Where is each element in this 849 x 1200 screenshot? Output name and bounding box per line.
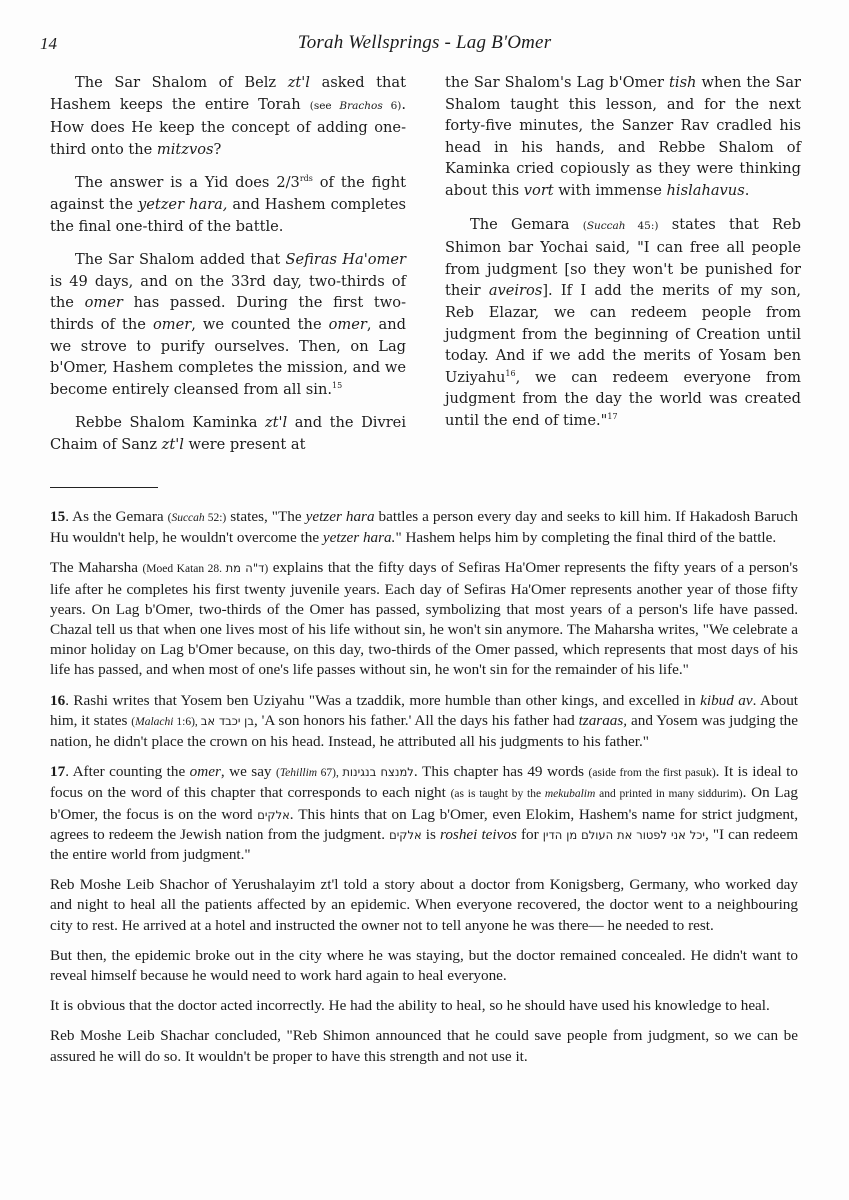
running-title: Torah Wellsprings - Lag B'Omer	[40, 32, 809, 54]
source-citation: (Malachi 1:6),	[131, 716, 201, 728]
footnote-16: 16. Rashi writes that Yosem ben Uziyahu …	[50, 691, 798, 753]
text: The answer is a Yid does 2/3	[75, 174, 300, 191]
term-hislahavus: hislahavus	[667, 182, 745, 199]
term-omer: omer	[85, 294, 123, 311]
footnote-ref-17[interactable]: 17	[607, 412, 617, 421]
running-header: 14 Torah Wellsprings - Lag B'Omer	[40, 30, 809, 60]
footnote-17: 17. After counting the omer, we say (Teh…	[50, 762, 798, 865]
source-citation: (Moed Katan 28. ד"ה מת)	[142, 563, 268, 575]
paragraph-tish-continued: the Sar Shalom's Lag b'Omer tish when th…	[445, 72, 801, 202]
hebrew-text: למנצח בנגינות	[342, 765, 413, 779]
term-ztl: zt'l	[288, 74, 310, 91]
footnote-number: 17	[50, 763, 65, 780]
term-vort: vort	[524, 182, 554, 199]
source-citation: (Succah 52:)	[168, 512, 227, 524]
superscript: rds	[300, 174, 313, 183]
term-yetzer-hara: yetzer hara	[306, 508, 375, 525]
aside-note: (as is taught by the mekubalim and print…	[451, 788, 743, 800]
term-yetzer-hara: yetzer hara.	[323, 529, 396, 546]
source-citation: (Succah 45:)	[583, 220, 659, 232]
hebrew-text: יכל אני לפטור את העולם מן הדין	[543, 828, 705, 842]
paragraph-answer: The answer is a Yid does 2/3rds of the f…	[50, 172, 406, 237]
story-paragraph: Reb Moshe Leib Shachar concluded, "Reb S…	[50, 1026, 798, 1066]
hebrew-text: אלקים	[257, 808, 290, 822]
footnote-separator	[50, 487, 158, 488]
paragraph-sar-shalom-question: The Sar Shalom of Belz zt'l asked that H…	[50, 72, 406, 160]
aside-note: (aside from the first pasuk)	[589, 767, 716, 779]
term-roshei-teivos: roshei teivos	[440, 826, 517, 843]
term-tzaraas: tzaraas,	[579, 712, 628, 729]
term-sefiras-haomer: Sefiras Ha'omer	[285, 251, 406, 268]
story-paragraph: But then, the epidemic broke out in the …	[50, 946, 798, 986]
text: ?	[214, 141, 222, 158]
term-ztl: zt'l	[265, 414, 287, 431]
right-column: the Sar Shalom's Lag b'Omer tish when th…	[445, 72, 801, 444]
footnote-number: 15	[50, 508, 65, 525]
hebrew-text: בן יכבד אב	[201, 714, 254, 728]
source-citation: (see Brachos 6)	[310, 100, 402, 112]
footnote-15-maharsha: The Maharsha (Moed Katan 28. ד"ה מת) exp…	[50, 558, 798, 680]
hebrew-text: אלקים	[389, 828, 422, 842]
main-text-columns: The Sar Shalom of Belz zt'l asked that H…	[50, 72, 808, 462]
term-mitzvos: mitzvos	[157, 141, 214, 158]
text: The Gemara	[470, 216, 583, 233]
term-omer: omer	[153, 316, 191, 333]
paragraph-kaminka: Rebbe Shalom Kaminka zt'l and the Divrei…	[50, 412, 406, 455]
term-omer: omer	[190, 763, 221, 780]
term-ztl: zt'l	[162, 436, 184, 453]
hebrew-text: ד"ה מת	[226, 561, 265, 575]
footnote-ref-15[interactable]: 15	[332, 381, 342, 390]
story-paragraph: Reb Moshe Leib Shachor of Yerushalayim z…	[50, 875, 798, 936]
term-tish: tish	[669, 74, 696, 91]
text: , we counted the	[191, 316, 328, 333]
footnotes-section: 15. As the Gemara (Succah 52:) states, "…	[50, 507, 798, 1077]
text: Rebbe Shalom Kaminka	[75, 414, 265, 431]
left-column: The Sar Shalom of Belz zt'l asked that H…	[50, 72, 406, 468]
paragraph-sefiras-haomer: The Sar Shalom added that Sefiras Ha'ome…	[50, 249, 406, 400]
story-paragraph: It is obvious that the doctor acted inco…	[50, 996, 798, 1016]
text: when the Sar Shalom taught this lesson, …	[445, 74, 801, 199]
paragraph-gemara-rashbi: The Gemara (Succah 45:) states that Reb …	[445, 214, 801, 432]
footnote-number: 16	[50, 692, 65, 709]
term-yetzer-hara: yetzer hara,	[138, 196, 227, 213]
text: the Sar Shalom's Lag b'Omer	[445, 74, 669, 91]
term-kibud-av: kibud av	[700, 692, 753, 709]
text: .	[745, 182, 750, 199]
footnote-15: 15. As the Gemara (Succah 52:) states, "…	[50, 507, 798, 548]
term-omer: omer	[329, 316, 367, 333]
text: The Sar Shalom of Belz	[75, 74, 288, 91]
footnote-ref-16[interactable]: 16	[505, 369, 515, 378]
book-page: 14 Torah Wellsprings - Lag B'Omer The Sa…	[0, 0, 849, 1200]
term-aveiros: aveiros	[489, 282, 543, 299]
text: The Sar Shalom added that	[75, 251, 285, 268]
text: were present at	[184, 436, 306, 453]
text: with immense	[554, 182, 667, 199]
source-citation: (Tehillim 67),	[276, 767, 342, 779]
